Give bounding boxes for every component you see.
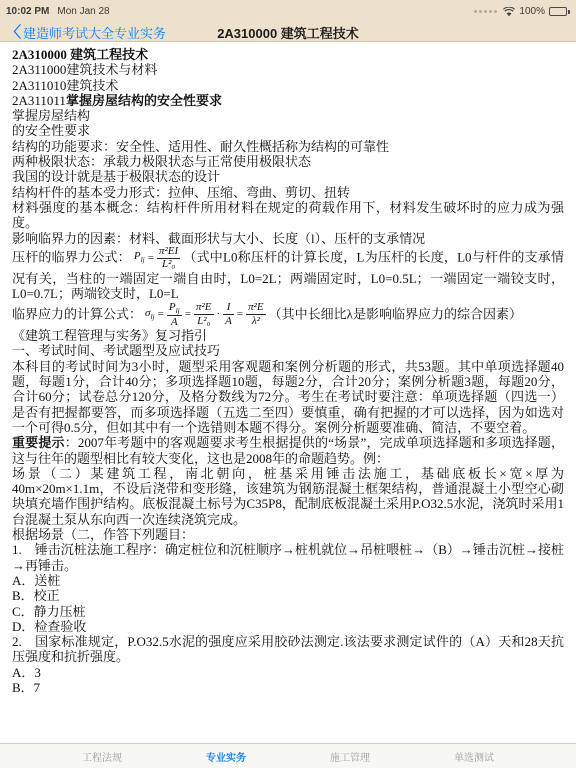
critical-stress-formula-paragraph: 临界应力的计算公式：σlj=PljA=π²EL²₀·IA=π²Eλ²（其中长细比… — [12, 302, 564, 329]
tab-danxuanceshi[interactable]: 单选测试 — [412, 749, 536, 764]
doc-line: 根据场景（二，作答下列题目： — [12, 527, 564, 542]
document-content[interactable]: 2A310000 建筑工程技术 2A311000建筑技术与材料 2A311010… — [0, 42, 576, 742]
critical-force-formula: Plj=π²EIL²₀ — [134, 246, 180, 271]
option-c: C．静力压桩 — [12, 604, 564, 619]
doc-line: 结构杆件的基本受力形式：拉伸、压缩、弯曲、剪切、扭转 — [12, 185, 564, 200]
option-b2: B．7 — [12, 680, 564, 695]
option-b: B．校正 — [12, 588, 564, 603]
back-button-label: 建造师考试大全专业实务 — [23, 23, 166, 42]
question-2: 2. 国家标准规定，P.O32.5水泥的强度应采用胶砂法测定.该法要求测定试件的… — [12, 634, 564, 665]
tab-shigongguanli[interactable]: 施工管理 — [288, 749, 412, 764]
wifi-icon — [503, 7, 515, 17]
section-heading: 一、考试时间、考试题型及应试技巧 — [12, 343, 564, 358]
doc-line: 的安全性要求 — [12, 123, 564, 138]
critical-force-formula-paragraph: 压杆的临界力公式：Plj=π²EIL²₀（式中L0称压杆的计算长度，L为压杆的长… — [12, 246, 564, 302]
critical-stress-formula: σlj=PljA=π²EL²₀·IA=π²Eλ² — [145, 302, 266, 329]
doc-heading: 2A310000 建筑工程技术 — [12, 47, 564, 62]
battery-percent: 100% — [519, 6, 545, 17]
doc-paragraph: 本科目的考试时间为3小时，题型采用客观题和案例分析题的形式，共53题。其中单项选… — [12, 359, 564, 435]
status-date: Mon Jan 28 — [57, 6, 109, 17]
scenario-paragraph: 场景（二）某建筑工程，南北朝向，桩基采用锤击法施工，基础底板长×宽×厚为40m×… — [12, 466, 564, 527]
option-d: D．检查验收 — [12, 619, 564, 634]
header: 10:02 PM Mon Jan 28 100% 〈 建造师考试大全专业实务 2… — [0, 0, 576, 42]
doc-paragraph: 材料强度的基本概念：结构杆件所用材料在规定的荷载作用下，材料发生破坏时的应力成为… — [12, 200, 564, 231]
cellular-signal-icon — [474, 10, 497, 13]
doc-line: 结构的功能要求：安全性、适用性、耐久性概括称为结构的可靠性 — [12, 139, 564, 154]
doc-line: 2A311000建筑技术与材料 — [12, 62, 564, 77]
back-button[interactable]: 〈 建造师考试大全专业实务 — [6, 21, 166, 43]
battery-icon — [549, 7, 570, 16]
important-note-paragraph: 重要提示：2007年考题中的客观题要求考生根据提供的“场景”，完成单项选择题和多… — [12, 435, 564, 466]
doc-line: 掌握房屋结构 — [12, 108, 564, 123]
navigation-bar: 〈 建造师考试大全专业实务 2A310000 建筑工程技术 — [0, 21, 576, 43]
back-chevron-icon: 〈 — [6, 25, 21, 40]
doc-line: 影响临界力的因素：材料、截面形状与大小、长度（l）、压杆的支承情况 — [12, 231, 564, 246]
status-bar: 10:02 PM Mon Jan 28 100% — [0, 0, 576, 21]
doc-subheading: 2A311011掌握房屋结构的安全性要求 — [12, 93, 564, 108]
status-time: 10:02 PM — [6, 6, 49, 17]
doc-line: 2A311010建筑技术 — [12, 78, 564, 93]
question-1: 1. 锤击沉桩法施工程序：确定桩位和沉桩顺序→桩机就位→吊桩喂桩→（B）→锤击沉… — [12, 542, 564, 573]
doc-line: 《建筑工程管理与实务》复习指引 — [12, 328, 564, 343]
option-a2: A．3 — [12, 665, 564, 680]
tab-zhuanyeshiwu[interactable]: 专业实务 — [164, 749, 288, 764]
option-a: A．送桩 — [12, 573, 564, 588]
doc-line: 我国的设计就是基于极限状态的设计 — [12, 169, 564, 184]
bottom-tab-bar: 工程法规 专业实务 施工管理 单选测试 — [0, 743, 576, 768]
doc-line: 两种极限状态：承载力极限状态与正常使用极限状态 — [12, 154, 564, 169]
tab-gongchengfagui[interactable]: 工程法规 — [40, 749, 164, 764]
